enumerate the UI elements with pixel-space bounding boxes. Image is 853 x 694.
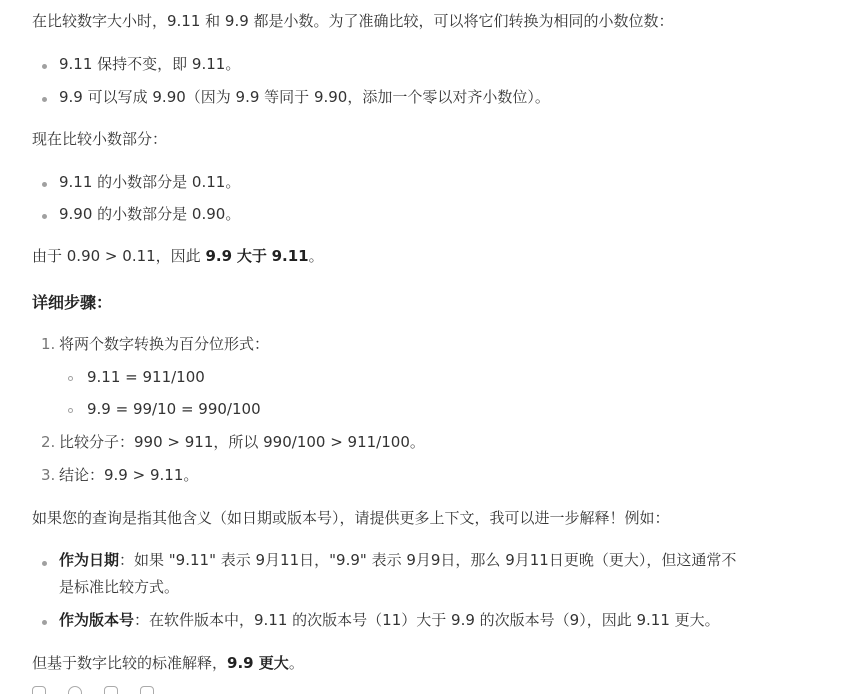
- intro-paragraph: 在比较数字大小时，9.11 和 9.9 都是小数。为了准确比较，可以将它们转换为…: [32, 10, 674, 32]
- step-item: 结论：9.9 > 9.11。: [59, 464, 198, 486]
- compare-paragraph: 现在比较小数部分：: [32, 128, 167, 150]
- conclusion-paragraph: 由于 0.90 > 0.11，因此 9.9 大于 9.11。: [32, 245, 324, 267]
- step-number: 3.: [41, 464, 55, 486]
- circle-bullet-icon: [68, 408, 73, 413]
- list-item: 作为版本号：在软件版本中，9.11 的次版本号（11）大于 9.9 的次版本号（…: [59, 609, 720, 631]
- other-meaning-paragraph: 如果您的查询是指其他含义（如日期或版本号），请提供更多上下文，我可以进一步解释！…: [32, 507, 670, 529]
- sub-list-item: 9.11 = 911/100: [87, 366, 205, 388]
- bullet-icon: [42, 561, 47, 566]
- final-paragraph: 但基于数字比较的标准解释，9.9 更大。: [32, 652, 304, 674]
- list-item: 9.11 保持不变，即 9.11。: [59, 53, 240, 75]
- sub-list-item: 9.9 = 99/10 = 990/100: [87, 398, 261, 420]
- bullet-icon: [42, 620, 47, 625]
- list-item: 9.11 的小数部分是 0.11。: [59, 171, 240, 193]
- regenerate-icon[interactable]: [68, 686, 82, 694]
- bullet-icon: [42, 214, 47, 219]
- list-item-continuation: 是标准比较方式。: [59, 576, 179, 598]
- bullet-icon: [42, 182, 47, 187]
- step-number: 1.: [41, 333, 55, 355]
- circle-bullet-icon: [68, 376, 73, 381]
- copy-icon[interactable]: [32, 686, 46, 694]
- steps-heading: 详细步骤：: [32, 292, 112, 314]
- message-actions: [32, 686, 154, 694]
- thumbs-down-icon[interactable]: [140, 686, 154, 694]
- list-item: 作为日期：如果 "9.11" 表示 9月11日，"9.9" 表示 9月9日，那么…: [59, 549, 736, 571]
- thumbs-up-icon[interactable]: [104, 686, 118, 694]
- step-item: 将两个数字转换为百分位形式：: [59, 333, 269, 355]
- bullet-icon: [42, 97, 47, 102]
- step-item: 比较分子：990 > 911，所以 990/100 > 911/100。: [59, 431, 425, 453]
- step-number: 2.: [41, 431, 55, 453]
- bullet-icon: [42, 64, 47, 69]
- list-item: 9.9 可以写成 9.90（因为 9.9 等同于 9.90，添加一个零以对齐小数…: [59, 86, 550, 108]
- list-item: 9.90 的小数部分是 0.90。: [59, 203, 240, 225]
